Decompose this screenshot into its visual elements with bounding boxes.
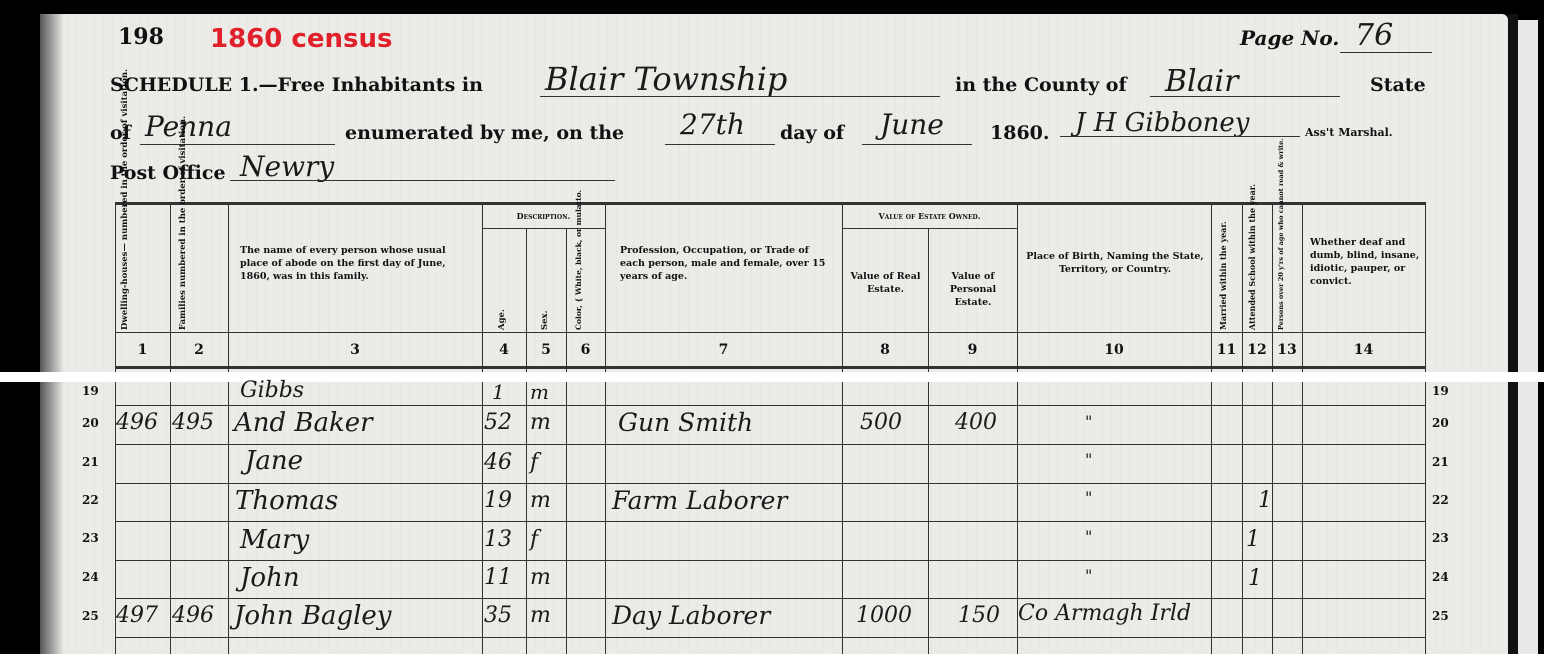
line-number: 21 (82, 455, 99, 469)
col-line (482, 382, 483, 654)
birthplace-cell: Co Armagh Irld (1018, 601, 1191, 626)
line-number-right: 23 (1432, 531, 1449, 545)
month-line (862, 144, 972, 145)
occupation-cell: Day Laborer (612, 601, 770, 630)
row-line (115, 444, 1425, 445)
real-estate-cell: 500 (860, 410, 902, 435)
sex-cell: m (530, 488, 551, 513)
day-field: 27th (680, 108, 745, 141)
school-cell: 1 (1248, 566, 1262, 591)
line-number: 20 (82, 416, 99, 430)
sex-cell: m (530, 565, 551, 590)
sheet-number: 198 (118, 24, 164, 50)
family-cell: 495 (172, 410, 214, 435)
colnum-divider (115, 366, 1425, 369)
line-number: 24 (82, 570, 99, 584)
page-label: Page No. (1240, 26, 1339, 50)
sex-cell: m (530, 380, 549, 404)
schedule-title: SCHEDULE 1.—Free Inhabitants in (110, 74, 483, 96)
column-number: 13 (1272, 342, 1302, 358)
row-line (115, 405, 1425, 406)
school-cell: 1 (1258, 488, 1272, 513)
page-binding (1508, 14, 1518, 654)
col-line (566, 382, 567, 654)
header-divider (115, 332, 1425, 333)
col-line (1302, 382, 1303, 654)
state-line (140, 144, 335, 145)
page-number: 76 (1355, 18, 1393, 53)
header-birthplace: Place of Birth, Naming the State, Territ… (1025, 250, 1205, 276)
column-number: 6 (566, 342, 605, 358)
row-line (115, 483, 1425, 484)
name-cell: And Baker (234, 408, 373, 438)
header-estate-group: Value of Estate Owned. (842, 210, 1017, 223)
col-line (605, 382, 606, 654)
overlay-title: 1860 census (210, 24, 392, 54)
birthplace-cell: " (1085, 566, 1092, 585)
marshal-line (1060, 136, 1300, 137)
age-cell: 11 (484, 565, 512, 590)
county-field: Blair (1165, 64, 1238, 99)
sex-cell: f (530, 527, 538, 552)
header-school: Attended School within the year. (1247, 184, 1257, 330)
post-office-field: Newry (240, 150, 334, 183)
header-age: Age. (497, 309, 507, 330)
column-number: 11 (1211, 342, 1242, 358)
age-cell: 52 (484, 410, 512, 435)
column-number: 2 (170, 342, 228, 358)
header-infirmity: Whether deaf and dumb, blind, insane, id… (1310, 236, 1422, 288)
marshal-signature: J H Gibboney (1075, 108, 1249, 138)
day-line (665, 144, 775, 145)
school-cell: 1 (1246, 527, 1260, 552)
line-number-right: 19 (1432, 384, 1449, 398)
col-line (228, 382, 229, 654)
occupation-cell: Farm Laborer (612, 486, 787, 515)
header-married: Married within the year. (1218, 221, 1228, 330)
col-line (842, 382, 843, 654)
line-number-right: 24 (1432, 570, 1449, 584)
sex-cell: m (530, 603, 551, 628)
line-number-right: 20 (1432, 416, 1449, 430)
name-cell: John (240, 563, 300, 593)
description-divider (482, 228, 605, 229)
table-top-border (115, 202, 1425, 205)
page-number-line (1340, 52, 1432, 53)
personal-estate-cell: 400 (955, 410, 997, 435)
line-number-right: 22 (1432, 493, 1449, 507)
col-line (1272, 382, 1273, 654)
column-number: 12 (1242, 342, 1272, 358)
enumerated-label: enumerated by me, on the (345, 122, 624, 144)
column-number: 10 (1017, 342, 1211, 358)
row-line (115, 637, 1425, 638)
column-number: 1 (115, 342, 170, 358)
personal-estate-cell: 150 (958, 603, 1000, 628)
col-line (1242, 382, 1243, 654)
post-office-line (230, 180, 615, 181)
col-line (526, 382, 527, 654)
col-line (928, 382, 929, 654)
header-family: Families numbered in the order of visita… (178, 205, 188, 330)
header-dwelling: Dwelling-houses— numbered in the order o… (120, 205, 130, 330)
state-label: State (1370, 74, 1426, 96)
age-cell: 19 (484, 488, 512, 513)
age-cell: 1 (492, 380, 505, 404)
line-number: 22 (82, 493, 99, 507)
name-cell: Gibbs (240, 378, 304, 403)
column-number: 14 (1302, 342, 1425, 358)
header-real-estate: Value of Real Estate. (848, 270, 923, 296)
state-field: Penna (145, 110, 232, 143)
header-occupation: Profession, Occupation, or Trade of each… (620, 244, 835, 283)
header-sex: Sex. (540, 310, 550, 330)
column-number: 4 (482, 342, 526, 358)
header-illiterate: Persons over 20 y'rs of age who cannot r… (1276, 138, 1286, 330)
column-number: 5 (526, 342, 566, 358)
name-cell: Mary (240, 525, 309, 555)
census-page (40, 14, 1508, 654)
header-personal-estate: Value of Personal Estate. (934, 270, 1012, 309)
sex-cell: m (530, 410, 551, 435)
dwelling-cell: 497 (116, 603, 158, 628)
row-line (115, 560, 1425, 561)
col-line (170, 382, 171, 654)
sex-cell: f (530, 450, 538, 475)
column-number: 7 (605, 342, 842, 358)
age-cell: 35 (484, 603, 512, 628)
birthplace-cell: " (1085, 412, 1092, 431)
birthplace-cell: " (1085, 450, 1092, 469)
line-number: 23 (82, 531, 99, 545)
family-cell: 496 (172, 603, 214, 628)
col-line (1425, 382, 1426, 654)
day-of-label: day of (780, 122, 844, 144)
township-field: Blair Township (545, 60, 787, 98)
line-number-right: 25 (1432, 609, 1449, 623)
name-cell: Thomas (235, 486, 338, 516)
column-number: 9 (928, 342, 1017, 358)
age-cell: 13 (484, 527, 512, 552)
occupation-cell: Gun Smith (618, 408, 753, 437)
age-cell: 46 (484, 450, 512, 475)
col-line (1211, 382, 1212, 654)
birthplace-cell: " (1085, 488, 1092, 507)
marshal-label: Ass't Marshal. (1305, 126, 1393, 139)
year-label: 1860. (990, 122, 1050, 144)
county-label: in the County of (955, 74, 1127, 96)
column-number: 3 (228, 342, 482, 358)
real-estate-cell: 1000 (856, 603, 912, 628)
line-number-right: 21 (1432, 455, 1449, 469)
birthplace-cell: " (1085, 527, 1092, 546)
row-line (115, 521, 1425, 522)
estate-divider (842, 228, 1017, 229)
page-edge-shadow (40, 14, 64, 654)
county-line (1150, 96, 1340, 97)
header-description-group: Description. (482, 210, 605, 223)
name-cell: Jane (245, 446, 303, 476)
line-number: 25 (82, 609, 99, 623)
col-line (1425, 202, 1426, 372)
column-number: 8 (842, 342, 928, 358)
page-edge-strip (1518, 20, 1538, 654)
header-name: The name of every person whose usual pla… (240, 244, 475, 283)
line-number: 19 (82, 384, 99, 398)
township-line (540, 96, 940, 97)
dwelling-cell: 496 (116, 410, 158, 435)
row-line (115, 598, 1425, 599)
name-cell: John Bagley (234, 601, 391, 631)
image-splice-separator (0, 372, 1544, 382)
month-field: June (880, 108, 944, 141)
